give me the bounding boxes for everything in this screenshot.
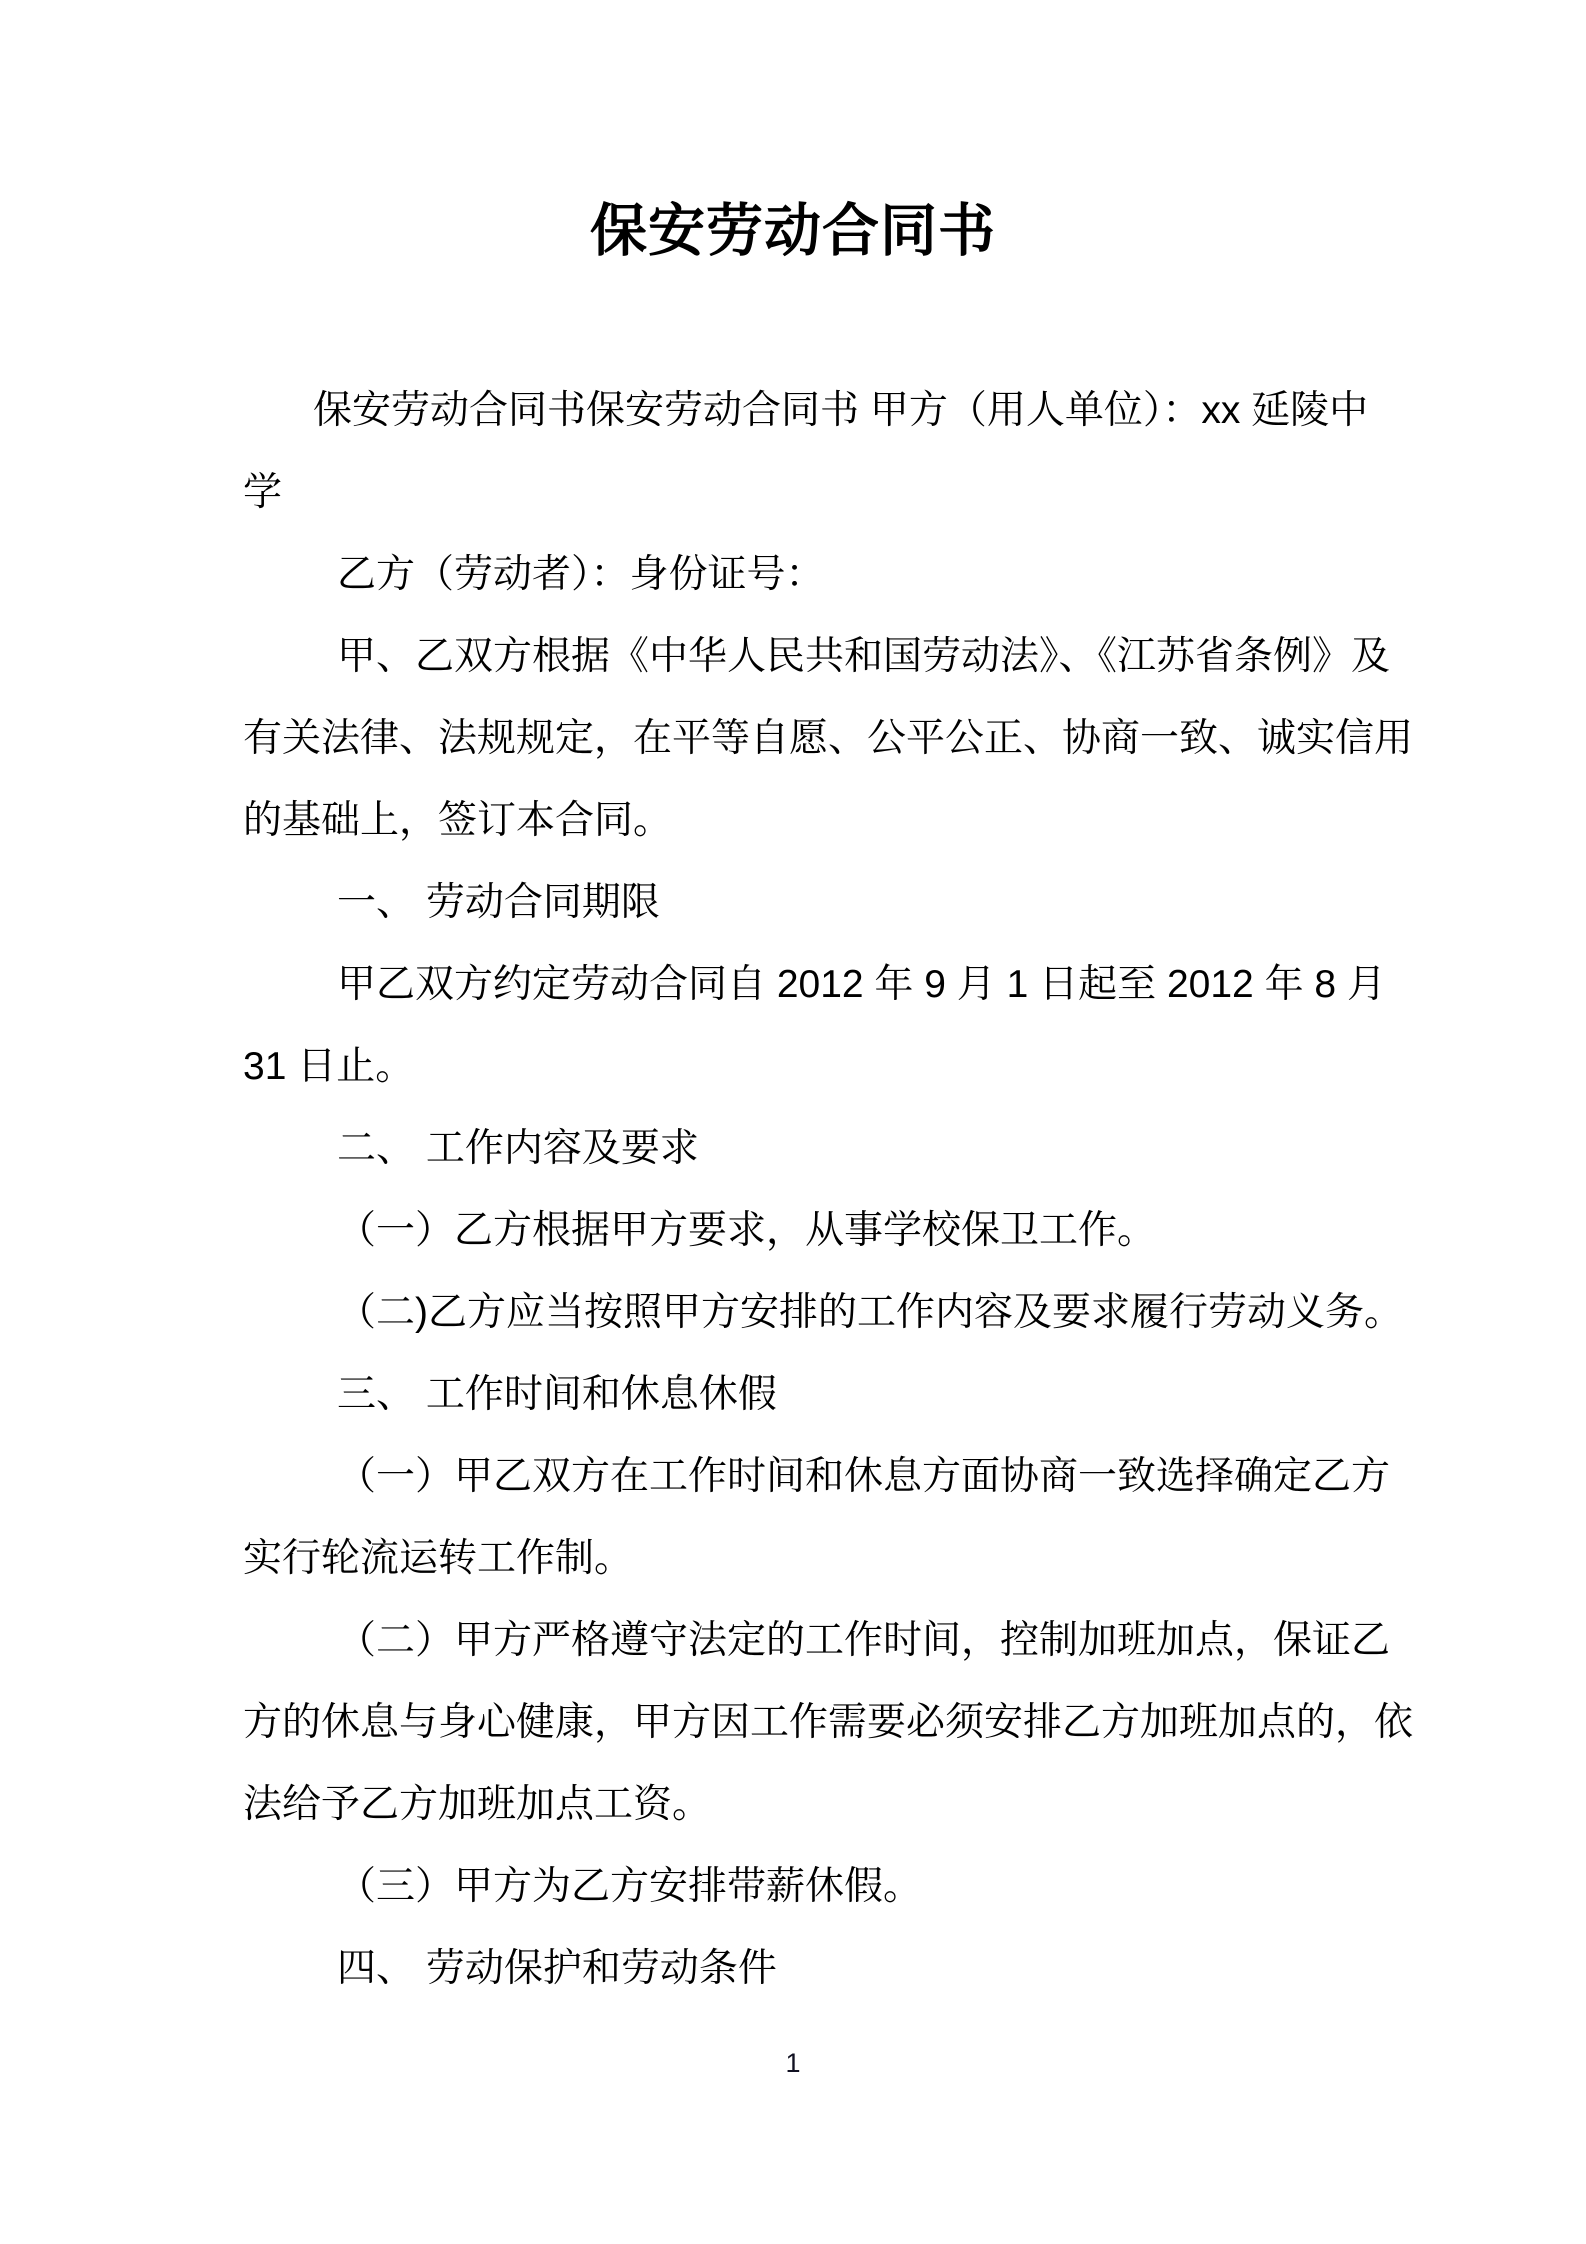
paragraph-line: （二)乙方应当按照甲方安排的工作内容及要求履行劳动义务。 (243, 1272, 1436, 1354)
paragraph-line: 的基础上，签订本合同。 (243, 780, 1436, 862)
paragraph-line: 二、 工作内容及要求 (243, 1108, 1436, 1190)
paragraph-line: 有关法律、法规规定，在平等自愿、公平公正、协商一致、诚实信用 (243, 698, 1436, 780)
paragraph-line: （三）甲方为乙方安排带薪休假。 (243, 1846, 1436, 1928)
document-body: 保安劳动合同书保安劳动合同书 甲方（用人单位）：xx 延陵中学乙方（劳动者）：身… (243, 370, 1436, 2010)
paragraph-line: 实行轮流运转工作制。 (243, 1518, 1436, 1600)
paragraph-line: 乙方（劳动者）：身份证号： (243, 534, 1436, 616)
paragraph-line: 31 日止。 (243, 1026, 1436, 1108)
paragraph-line: 学 (243, 452, 1436, 534)
paragraph-line: 四、 劳动保护和劳动条件 (243, 1928, 1436, 2010)
page-title: 保安劳动合同书 (0, 196, 1586, 267)
paragraph-line: 一、 劳动合同期限 (243, 862, 1436, 944)
document-page: 保安劳动合同书 保安劳动合同书保安劳动合同书 甲方（用人单位）：xx 延陵中学乙… (0, 0, 1586, 2244)
paragraph-line: 法给予乙方加班加点工资。 (243, 1764, 1436, 1846)
paragraph-line: 甲乙双方约定劳动合同自 2012 年 9 月 1 日起至 2012 年 8 月 (243, 944, 1436, 1026)
page-number: 1 (0, 2046, 1586, 2080)
paragraph-line: 方的休息与身心健康，甲方因工作需要必须安排乙方加班加点的，依 (243, 1682, 1436, 1764)
paragraph-line: 保安劳动合同书保安劳动合同书 甲方（用人单位）：xx 延陵中 (243, 370, 1436, 452)
paragraph-line: 三、 工作时间和休息休假 (243, 1354, 1436, 1436)
paragraph-line: （一）乙方根据甲方要求，从事学校保卫工作。 (243, 1190, 1436, 1272)
paragraph-line: （一）甲乙双方在工作时间和休息方面协商一致选择确定乙方 (243, 1436, 1436, 1518)
paragraph-line: 甲、乙双方根据《中华人民共和国劳动法》、《江苏省条例》及 (243, 616, 1436, 698)
paragraph-line: （二）甲方严格遵守法定的工作时间，控制加班加点，保证乙 (243, 1600, 1436, 1682)
